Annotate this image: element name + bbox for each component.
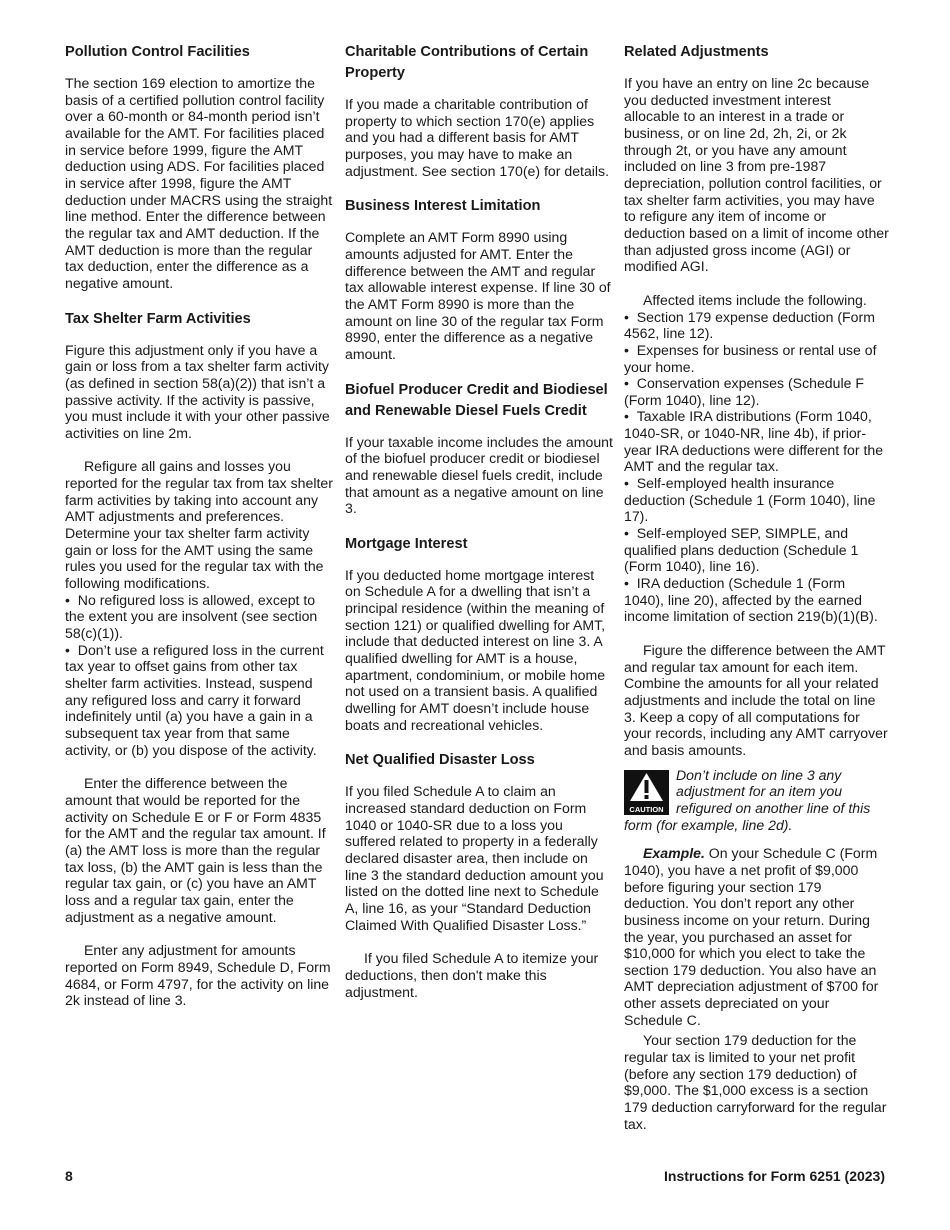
paragraph: Complete an AMT Form 8990 using amounts … [345,229,613,362]
bullet-item: Expenses for business or rental use of y… [624,342,889,375]
paragraph: If your taxable income includes the amou… [345,434,613,517]
paragraph: Affected items include the following. [624,292,889,309]
section-heading-pollution-control: Pollution Control Facilities [65,42,333,63]
paragraph: If you have an entry on line 2c because … [624,75,889,275]
paragraph: Your section 179 deduction for the regul… [624,1032,889,1132]
bullet-item: IRA deduction (Schedule 1 (Form 1040), l… [624,575,889,625]
paragraph: If you filed Schedule A to claim an incr… [345,783,613,933]
caution-box: CAUTION Don’t include on line 3 any adju… [624,767,889,834]
section-heading-business-interest: Business Interest Limitation [345,196,613,217]
bullet-item: Don’t use a refigured loss in the curren… [65,642,333,759]
paragraph: Figure the difference between the AMT an… [624,642,889,759]
paragraph: The section 169 election to amortize the… [65,75,333,292]
paragraph: Figure this adjustment only if you have … [65,342,333,442]
section-heading-charitable-contributions: Charitable Contributions of Certain Prop… [345,42,613,84]
section-heading-tax-shelter-farm: Tax Shelter Farm Activities [65,309,333,330]
paragraph: If you made a charitable contribution of… [345,96,613,179]
section-heading-mortgage-interest: Mortgage Interest [345,534,613,555]
column-middle: Charitable Contributions of Certain Prop… [345,42,613,1000]
paragraph: If you filed Schedule A to itemize your … [345,950,613,1000]
column-left: Pollution Control Facilities The section… [65,42,333,1009]
bullet-item: No refigured loss is allowed, except to … [65,592,333,642]
example-text: On your Schedule C (Form 1040), you have… [624,845,878,1028]
column-right: Related Adjustments If you have an entry… [624,42,889,1132]
bullet-item: Section 179 expense deduction (Form 4562… [624,309,889,342]
section-heading-biofuel-credit: Biofuel Producer Credit and Biodiesel an… [345,380,613,422]
example-paragraph: Example. On your Schedule C (Form 1040),… [624,845,889,1028]
paragraph: Enter any adjustment for amounts reporte… [65,942,333,1009]
bullet-item: Taxable IRA distributions (Form 1040, 10… [624,408,889,475]
svg-text:CAUTION: CAUTION [629,805,663,814]
paragraph: Refigure all gains and losses you report… [65,458,333,591]
bullet-item: Self-employed SEP, SIMPLE, and qualified… [624,525,889,575]
section-heading-related-adjustments: Related Adjustments [624,42,889,63]
paragraph: If you deducted home mortgage interest o… [345,567,613,734]
caution-warning-icon: CAUTION [624,770,669,815]
example-label: Example. [643,845,705,861]
form-title-footer: Instructions for Form 6251 (2023) [664,1168,885,1184]
page-number: 8 [65,1168,73,1184]
section-heading-disaster-loss: Net Qualified Disaster Loss [345,750,613,771]
bullet-item: Conservation expenses (Schedule F (Form … [624,375,889,408]
bullet-item: Self-employed health insurance deduction… [624,475,889,525]
paragraph: Enter the difference between the amount … [65,775,333,925]
